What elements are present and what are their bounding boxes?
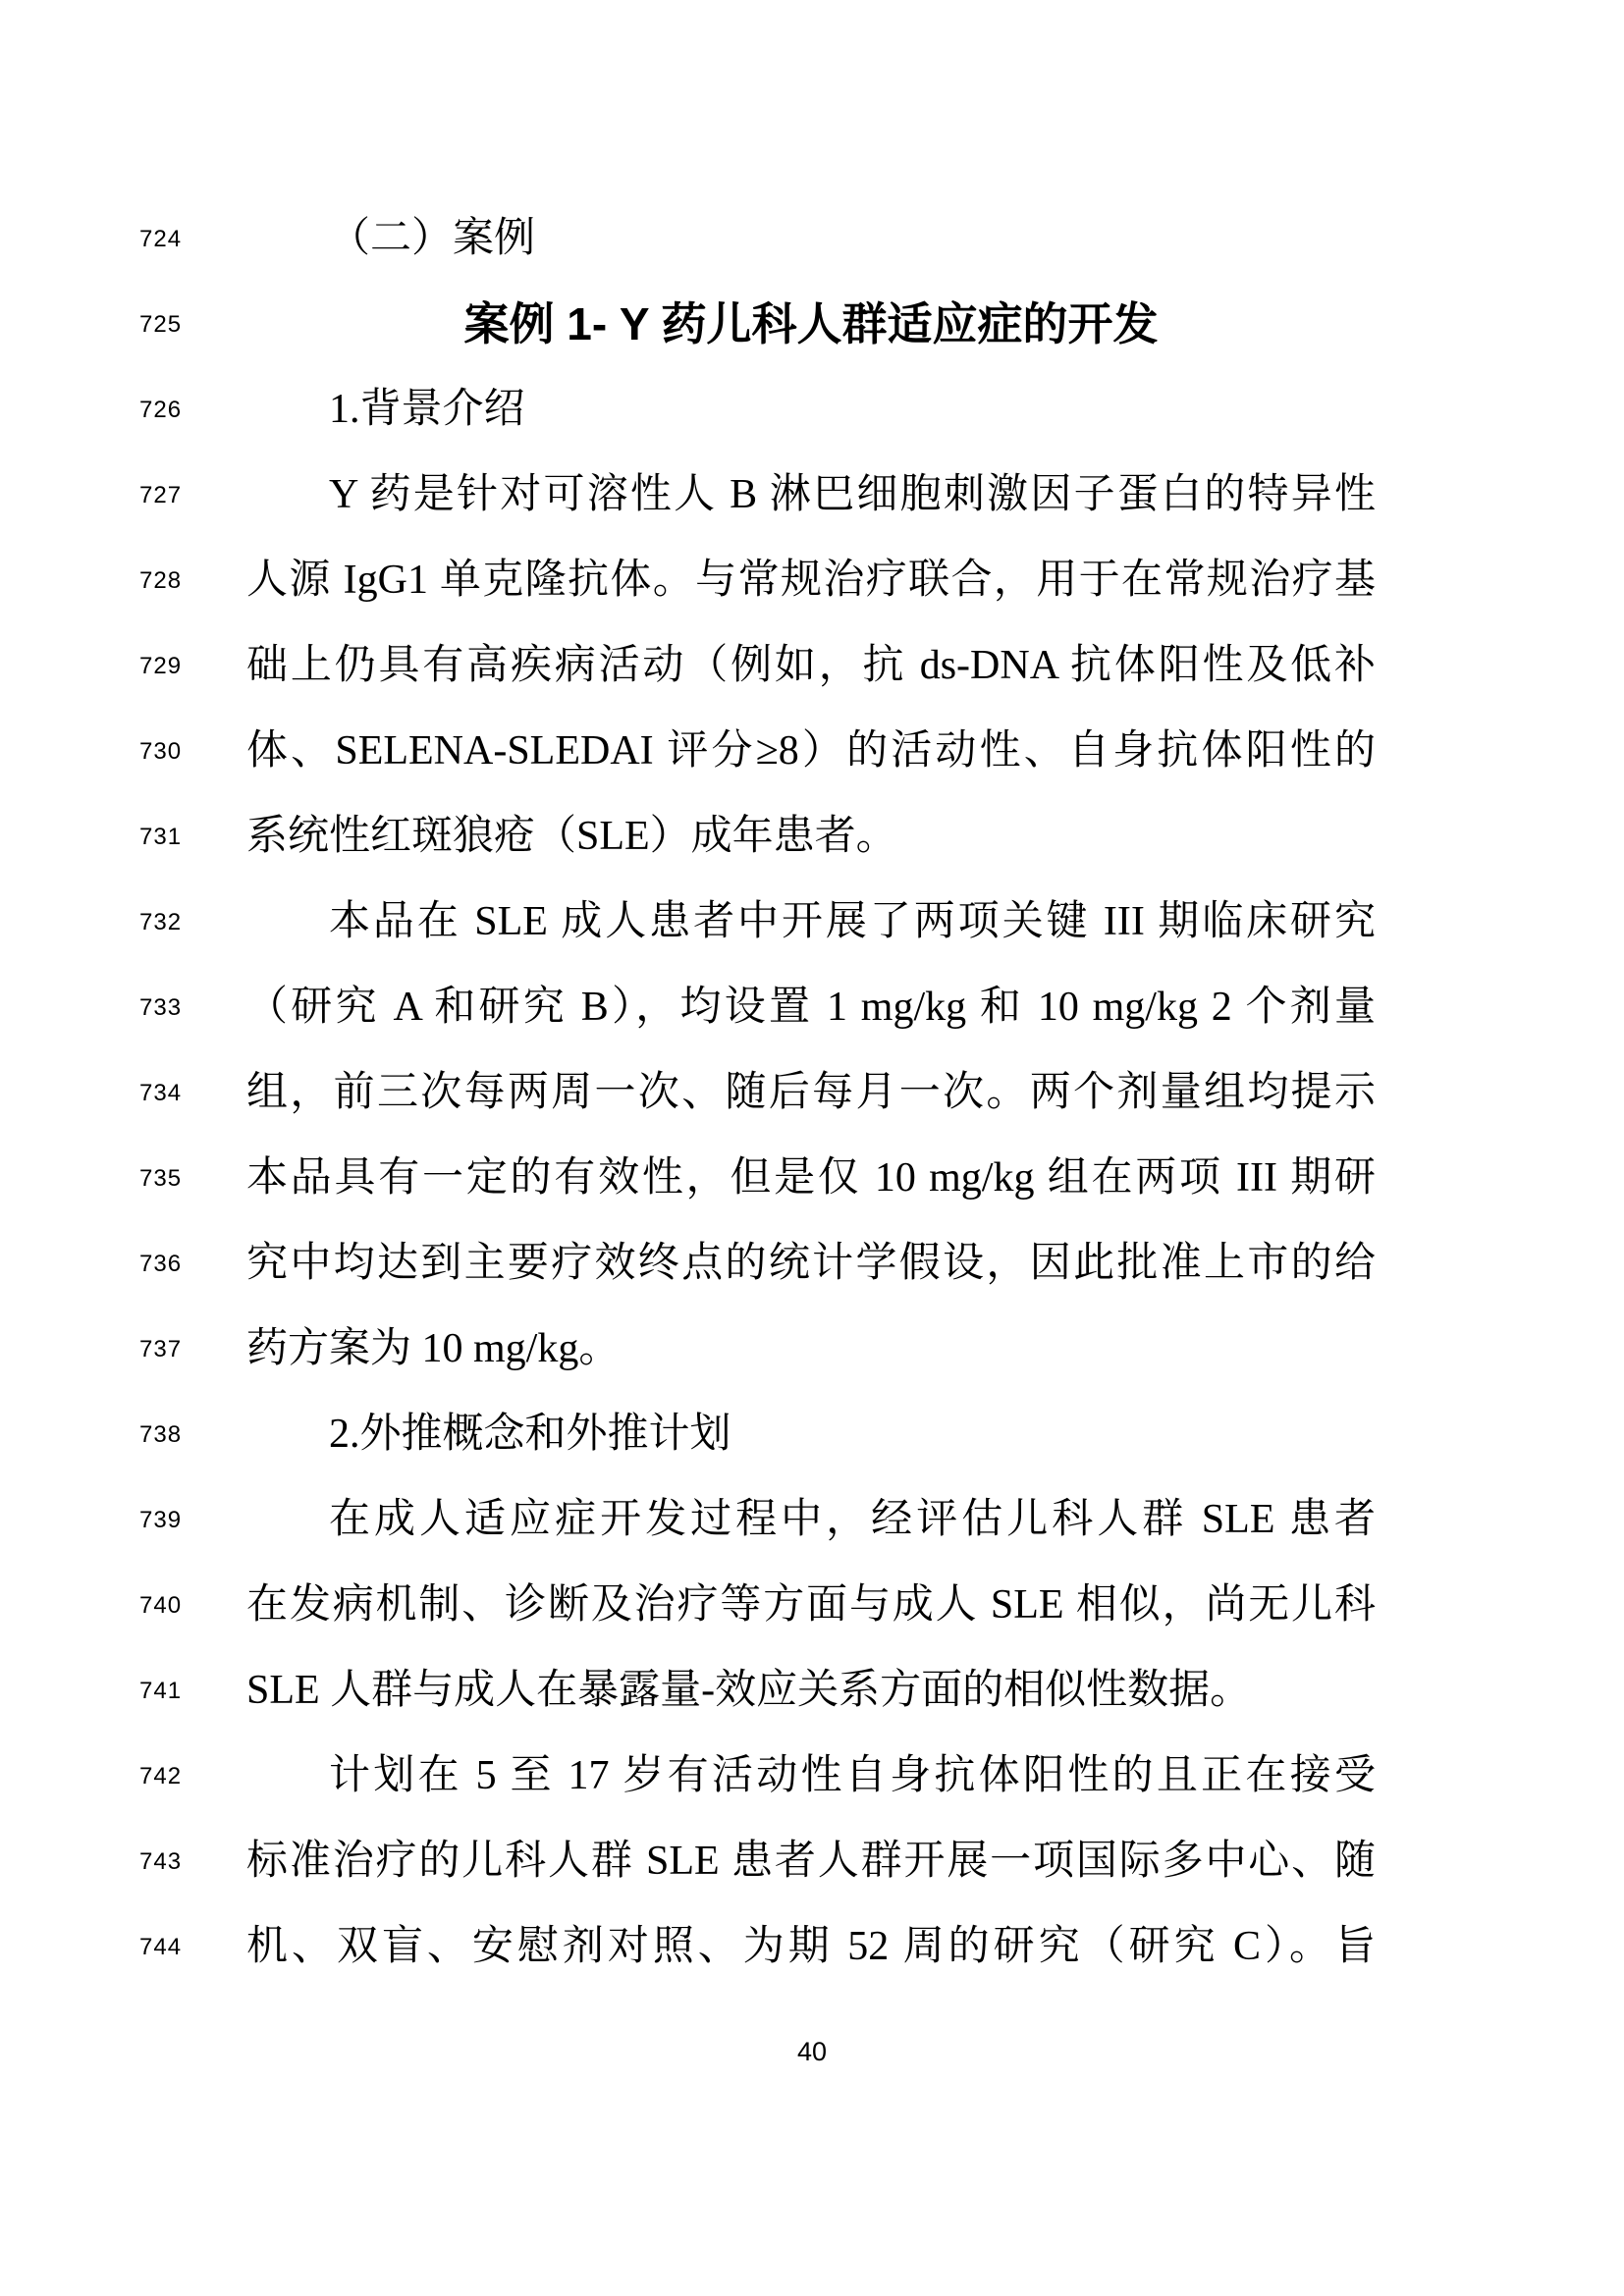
document-line-727: 727Y 药是针对可溶性人 B 淋巴细胞刺激因子蛋白的特异性 bbox=[0, 453, 1624, 538]
document-line-733: 733（研究 A 和研究 B），均设置 1 mg/kg 和 10 mg/kg 2… bbox=[0, 965, 1624, 1050]
line-number: 733 bbox=[139, 965, 182, 1050]
line-number: 728 bbox=[139, 538, 182, 623]
line-number: 737 bbox=[139, 1307, 182, 1392]
line-text: 药方案为 10 mg/kg。 bbox=[246, 1307, 1376, 1392]
document-line-743: 743标准治疗的儿科人群 SLE 患者人群开展一项国际多中心、随 bbox=[0, 1819, 1624, 1904]
line-text: 在发病机制、诊断及治疗等方面与成人 SLE 相似，尚无儿科 bbox=[246, 1563, 1376, 1648]
document-line-740: 740在发病机制、诊断及治疗等方面与成人 SLE 相似，尚无儿科 bbox=[0, 1563, 1624, 1648]
line-number: 731 bbox=[139, 794, 182, 880]
line-text: 本品具有一定的有效性，但是仅 10 mg/kg 组在两项 III 期研 bbox=[246, 1136, 1376, 1221]
line-text: 2.外推概念和外推计划 bbox=[246, 1392, 1376, 1477]
line-text: 究中均达到主要疗效终点的统计学假设，因此批准上市的给 bbox=[246, 1221, 1376, 1307]
document-line-742: 742计划在 5 至 17 岁有活动性自身抗体阳性的且正在接受 bbox=[0, 1734, 1624, 1819]
document-line-731: 731系统性红斑狼疮（SLE）成年患者。 bbox=[0, 794, 1624, 880]
line-number: 730 bbox=[139, 709, 182, 794]
line-number: 744 bbox=[139, 1904, 182, 1990]
line-text: 标准治疗的儿科人群 SLE 患者人群开展一项国际多中心、随 bbox=[246, 1819, 1376, 1904]
document-line-730: 730体、SELENA-SLEDAI 评分≥8）的活动性、自身抗体阳性的 bbox=[0, 709, 1624, 794]
document-line-738: 7382.外推概念和外推计划 bbox=[0, 1392, 1624, 1477]
line-text: 础上仍具有高疾病活动（例如，抗 ds-DNA 抗体阳性及低补 bbox=[246, 623, 1376, 709]
line-text: 组，前三次每两周一次、随后每月一次。两个剂量组均提示 bbox=[246, 1050, 1376, 1136]
line-text: 在成人适应症开发过程中，经评估儿科人群 SLE 患者 bbox=[246, 1477, 1376, 1563]
line-text: 体、SELENA-SLEDAI 评分≥8）的活动性、自身抗体阳性的 bbox=[246, 709, 1376, 794]
line-number: 729 bbox=[139, 623, 182, 709]
page-number: 40 bbox=[0, 2037, 1624, 2067]
document-line-724: 724（二）案例 bbox=[0, 196, 1624, 282]
line-number: 725 bbox=[139, 282, 182, 367]
line-number: 735 bbox=[139, 1136, 182, 1221]
document-line-736: 736究中均达到主要疗效终点的统计学假设，因此批准上市的给 bbox=[0, 1221, 1624, 1307]
line-text: 计划在 5 至 17 岁有活动性自身抗体阳性的且正在接受 bbox=[246, 1734, 1376, 1819]
line-text: 机、双盲、安慰剂对照、为期 52 周的研究（研究 C）。旨 bbox=[246, 1904, 1376, 1990]
line-number: 726 bbox=[139, 367, 182, 453]
document-line-739: 739在成人适应症开发过程中，经评估儿科人群 SLE 患者 bbox=[0, 1477, 1624, 1563]
line-text: 人源 IgG1 单克隆抗体。与常规治疗联合，用于在常规治疗基 bbox=[246, 538, 1376, 623]
document-line-735: 735本品具有一定的有效性，但是仅 10 mg/kg 组在两项 III 期研 bbox=[0, 1136, 1624, 1221]
line-number: 734 bbox=[139, 1050, 182, 1136]
document-line-732: 732本品在 SLE 成人患者中开展了两项关键 III 期临床研究 bbox=[0, 880, 1624, 965]
line-number: 740 bbox=[139, 1563, 182, 1648]
line-number: 743 bbox=[139, 1819, 182, 1904]
line-number: 736 bbox=[139, 1221, 182, 1307]
line-text: （二）案例 bbox=[246, 196, 1376, 282]
document-line-744: 744机、双盲、安慰剂对照、为期 52 周的研究（研究 C）。旨 bbox=[0, 1904, 1624, 1990]
document-line-737: 737药方案为 10 mg/kg。 bbox=[0, 1307, 1624, 1392]
document-line-728: 728人源 IgG1 单克隆抗体。与常规治疗联合，用于在常规治疗基 bbox=[0, 538, 1624, 623]
document-body: 724（二）案例725案例 1- Y 药儿科人群适应症的开发7261.背景介绍7… bbox=[0, 196, 1624, 1990]
line-text: （研究 A 和研究 B），均设置 1 mg/kg 和 10 mg/kg 2 个剂… bbox=[246, 965, 1376, 1050]
line-text: 1.背景介绍 bbox=[246, 367, 1376, 453]
line-text: SLE 人群与成人在暴露量-效应关系方面的相似性数据。 bbox=[246, 1648, 1376, 1734]
line-text: Y 药是针对可溶性人 B 淋巴细胞刺激因子蛋白的特异性 bbox=[246, 453, 1376, 538]
document-line-725: 725案例 1- Y 药儿科人群适应症的开发 bbox=[0, 282, 1624, 367]
line-text: 本品在 SLE 成人患者中开展了两项关键 III 期临床研究 bbox=[246, 880, 1376, 965]
document-line-734: 734组，前三次每两周一次、随后每月一次。两个剂量组均提示 bbox=[0, 1050, 1624, 1136]
line-number: 727 bbox=[139, 453, 182, 538]
line-number: 741 bbox=[139, 1648, 182, 1734]
line-number: 738 bbox=[139, 1392, 182, 1477]
document-page: 724（二）案例725案例 1- Y 药儿科人群适应症的开发7261.背景介绍7… bbox=[0, 0, 1624, 2296]
line-number: 732 bbox=[139, 880, 182, 965]
line-number: 739 bbox=[139, 1477, 182, 1563]
line-number: 724 bbox=[139, 196, 182, 282]
document-line-726: 7261.背景介绍 bbox=[0, 367, 1624, 453]
line-text: 系统性红斑狼疮（SLE）成年患者。 bbox=[246, 794, 1376, 880]
document-line-729: 729础上仍具有高疾病活动（例如，抗 ds-DNA 抗体阳性及低补 bbox=[0, 623, 1624, 709]
line-text: 案例 1- Y 药儿科人群适应症的开发 bbox=[246, 282, 1376, 367]
document-line-741: 741SLE 人群与成人在暴露量-效应关系方面的相似性数据。 bbox=[0, 1648, 1624, 1734]
line-number: 742 bbox=[139, 1734, 182, 1819]
